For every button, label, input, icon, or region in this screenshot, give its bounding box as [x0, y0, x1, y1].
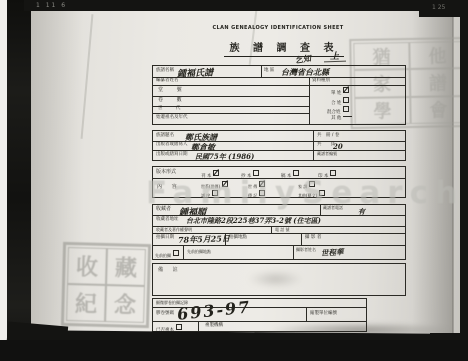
seal-character: 紀	[66, 284, 106, 322]
field-label: 收藏者	[156, 207, 171, 213]
smudge	[248, 270, 303, 288]
seal-character: 會	[410, 96, 466, 124]
checkbox	[293, 170, 299, 176]
field-label: 始遷祖名及年代	[156, 116, 188, 121]
field-label: 出版或繕寫日期	[156, 153, 188, 158]
option-label: 家 訓	[298, 184, 307, 189]
seal-character: 譜	[410, 68, 466, 96]
option-label: 先前拍攝	[155, 253, 171, 258]
field-label: 世 代	[158, 107, 186, 112]
field-label: 族譜題名	[156, 134, 174, 139]
checkbox	[176, 324, 182, 330]
handwritten-date: 民國75年 (1986)	[195, 152, 254, 162]
option-label: 刊 本	[201, 174, 211, 179]
section-remarks: 備 註	[152, 263, 406, 296]
field-label: 內 容	[157, 185, 181, 191]
checkbox	[259, 181, 265, 187]
handwritten-photographer: 世程華	[321, 246, 344, 258]
field-label: 備 註	[158, 268, 182, 274]
checkbox	[319, 190, 325, 196]
film-edge-mark: 1 11 6	[36, 2, 67, 9]
option-label: 抄 本	[241, 174, 251, 179]
field-label: 堂 號	[158, 88, 188, 94]
checkbox	[253, 170, 259, 176]
option-label: 譜 序	[201, 193, 210, 198]
film-border-bottom	[0, 340, 468, 361]
seal-character: 他	[409, 41, 465, 69]
english-title: CLAN GENEALOGY IDENTIFICATION SHEET	[152, 25, 404, 31]
field-label: 拍攝地點	[229, 236, 247, 241]
field-label: 膠卷號碼	[156, 312, 174, 317]
column-header: 資料種別	[312, 79, 330, 84]
handwritten-pages: 20	[333, 142, 343, 151]
section-publication: 族譜題名 鄭氏族譜 出版者或繕寫人 鄭倉敏 出版或繕寫日期 民國75年 (198…	[152, 130, 406, 161]
field-label: 卷 數	[158, 98, 188, 104]
film-border-left	[7, 0, 31, 361]
section-genealogy-identity: 族譜名稱 鍾褔氏譜 地 區 台灣省台北縣 編纂者姓名 堂 號 卷 數 世 代 始…	[152, 65, 406, 125]
section-owner-filming: 收藏者 鍾褔順 藏譜者電話 有 收藏者地址 台北市隆路2段225巷37弄3-2號…	[152, 204, 406, 260]
seal-character: 念	[105, 285, 145, 323]
field-label: 先前拍攝地點	[187, 250, 211, 255]
handwritten-region: 台灣省台北縣	[281, 67, 329, 78]
checkbox	[343, 106, 349, 112]
option-label: 印 本	[318, 174, 328, 179]
film-border-right	[460, 0, 468, 361]
field-label: 拍攝日期	[156, 236, 174, 241]
checkbox	[213, 170, 219, 176]
checkbox	[343, 87, 349, 93]
checkbox	[173, 250, 179, 256]
field-label: 電 話 號	[275, 228, 290, 233]
checkbox	[259, 190, 265, 196]
checkbox	[309, 181, 315, 187]
option-label: 單 姓	[331, 91, 341, 96]
field-label: 共 冊 / 卷	[317, 134, 339, 139]
film-edge-mark: 1 25	[432, 4, 445, 11]
seal-character: 收	[67, 247, 107, 285]
field-label: 地 區	[264, 69, 274, 74]
field-label: 藏譜者電話	[323, 206, 349, 211]
archive-seal-stamp: 收 藏 紀 念	[61, 242, 151, 328]
chinese-title: 族 譜 調 查 表	[224, 39, 344, 57]
handwritten-phone: 有	[358, 207, 365, 217]
field-label: 攝影者姓名	[296, 248, 316, 253]
option-label: 世 傳	[248, 184, 257, 189]
field-label: 藏譜者編號	[317, 152, 337, 157]
checkbox	[212, 190, 218, 196]
field-label: 出版者或繕寫人	[156, 143, 188, 148]
option-label: 合 姓	[331, 101, 341, 106]
checkbox	[343, 97, 349, 103]
option-label: 其他(藝文)	[298, 193, 317, 198]
scanned-genealogy-sheet: 猶 他 家 譜 學 會 收 藏 紀 念 CLAN GENEALOGY IDENT…	[0, 0, 468, 361]
option-label: 混合姓	[327, 110, 341, 115]
section-microfilm: 顯微膠卷拍攝記錄 膠卷號碼 693-97 縮製單位編號 已否複本 複製機構	[152, 298, 367, 332]
section-format-content: 版本形式 刊 本 抄 本 稿 本 印 本 內 容 世系(世傳) 世 傳 家 訓 …	[152, 166, 406, 198]
field-label: 族譜名稱	[156, 69, 174, 74]
option-label: 稿 本	[281, 174, 291, 179]
option-label: 傳 記	[248, 193, 257, 198]
blank-line	[343, 116, 352, 117]
field-label: 版本形式	[156, 170, 176, 176]
film-border-top	[24, 0, 468, 11]
handwritten-film-date: 78年5月25日	[178, 233, 230, 246]
seal-character: 藏	[106, 248, 146, 286]
handwritten-address: 台北市隆路2段225巷37弄3-2號 (住宅區)	[186, 216, 321, 226]
field-label: 複製機構	[205, 324, 223, 329]
field-label: 縮製單位編號	[310, 312, 337, 317]
option-label: 其 他	[331, 116, 341, 121]
handwritten-genealogy-name: 鍾褔氏譜	[177, 65, 213, 79]
field-label: 編纂者姓名	[156, 79, 179, 84]
checkbox	[222, 181, 228, 187]
field-label: 攝 影 者	[305, 236, 321, 241]
field-label: 收藏者地址	[156, 218, 179, 223]
field-label: 收藏者及著作權聲明	[156, 228, 192, 233]
option-label: 世系(世傳)	[201, 184, 220, 189]
checkbox	[330, 170, 336, 176]
